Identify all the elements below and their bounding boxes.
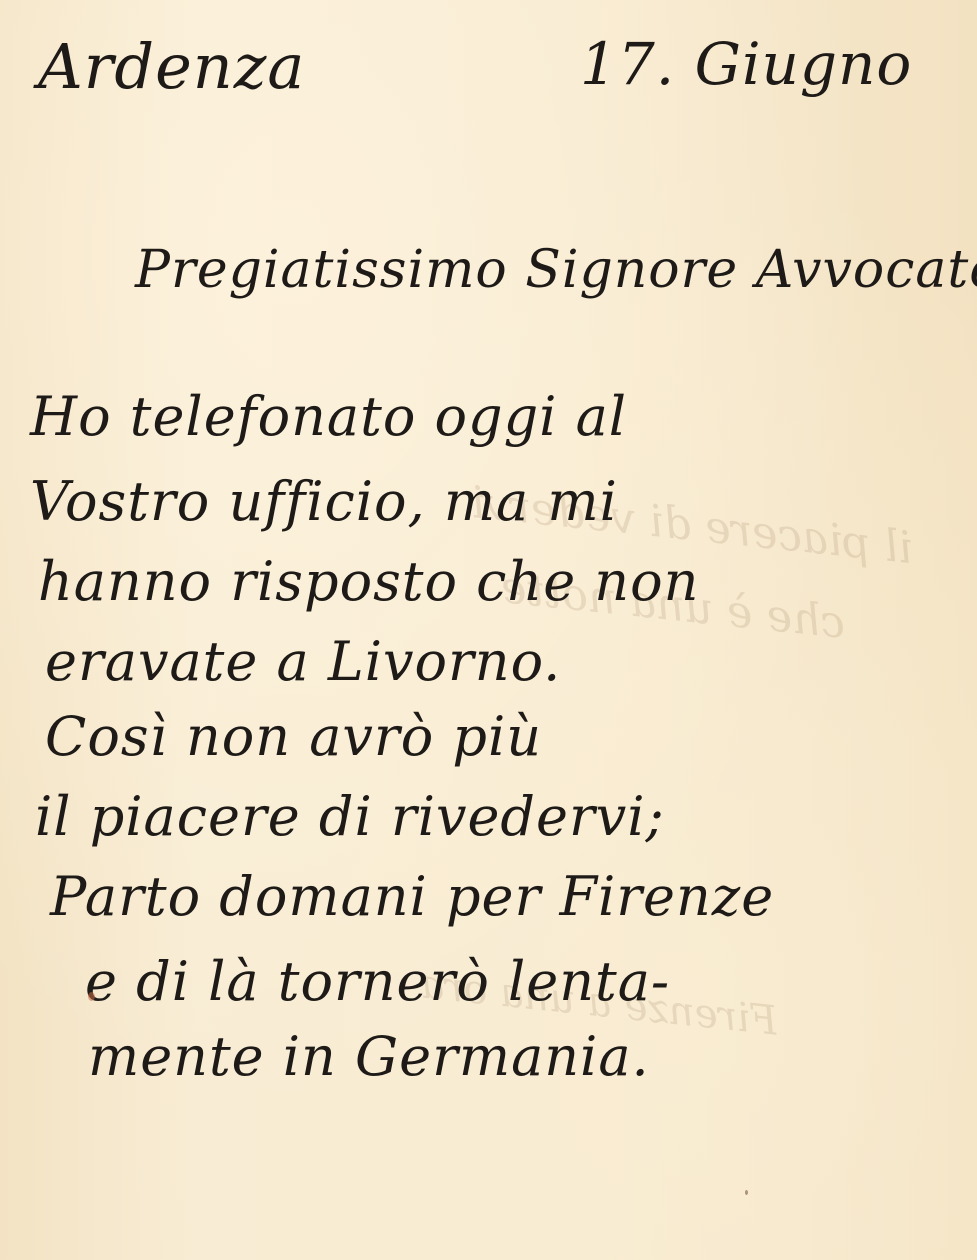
letter-place: Ardenza [38, 30, 305, 103]
letter-body-line: il piacere di rivedervi; [35, 785, 665, 848]
letter-body-line: e di là tornerò lenta- [85, 950, 670, 1013]
ink-spot [745, 1190, 748, 1195]
letter-body-line: Vostro ufficio, ma mi [30, 470, 618, 533]
letter-salutation: Pregiatissimo Signore Avvocato — [135, 240, 977, 300]
letter-body-line: eravate a Livorno. [45, 630, 561, 693]
letter-date: 17. Giugno [580, 30, 912, 98]
letter-page: il piacere di vedervi che è una notte Fi… [0, 0, 977, 1260]
letter-body-line: mente in Germania. [88, 1025, 650, 1088]
letter-body-line: hanno risposto che non [38, 550, 699, 613]
letter-body-line: Ho telefonato oggi al [30, 385, 627, 448]
letter-body-line: Parto domani per Firenze [50, 865, 774, 928]
letter-body-line: Così non avrò più [45, 705, 542, 768]
ink-spot [88, 992, 95, 1001]
